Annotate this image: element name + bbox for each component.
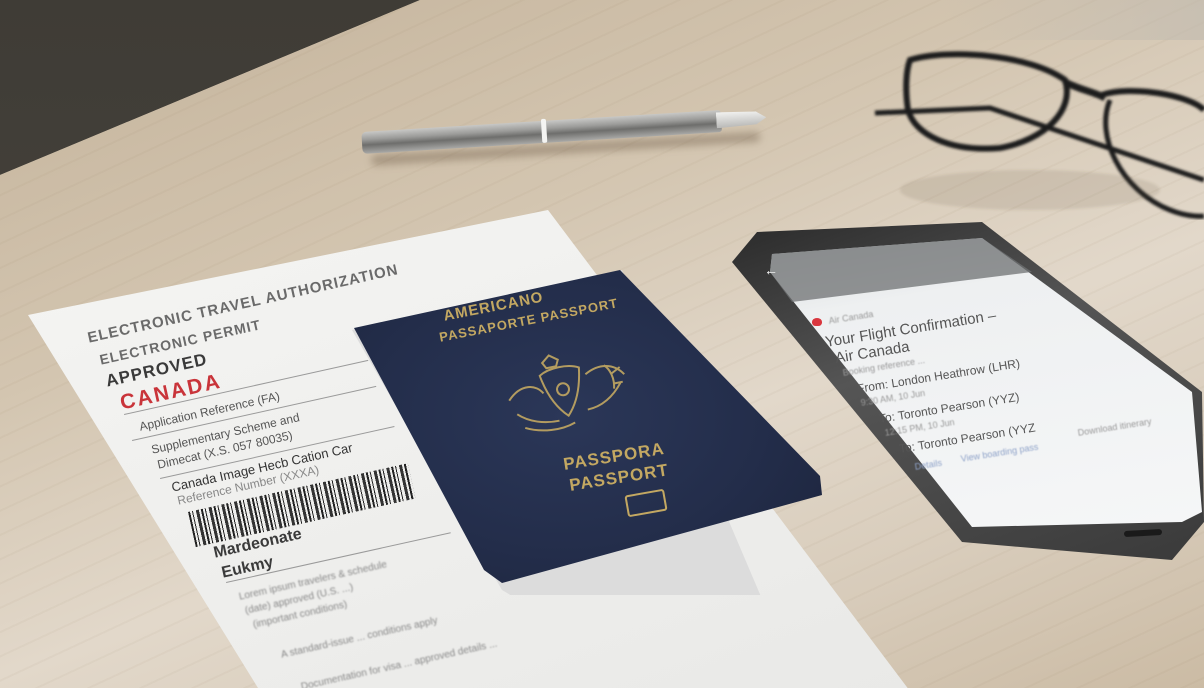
background-light	[944, 0, 1204, 40]
eyeglasses-icon	[870, 40, 1204, 220]
back-arrow-icon[interactable]: ←	[764, 262, 778, 278]
desk-scene: ELECTRONIC TRAVEL AUTHORIZATION ELECTRON…	[0, 0, 1204, 688]
smartphone: ← Air Canada Your Flight Confirmation – …	[732, 222, 1204, 560]
maple-leaf-icon	[812, 318, 822, 326]
pen-tip	[716, 109, 767, 128]
